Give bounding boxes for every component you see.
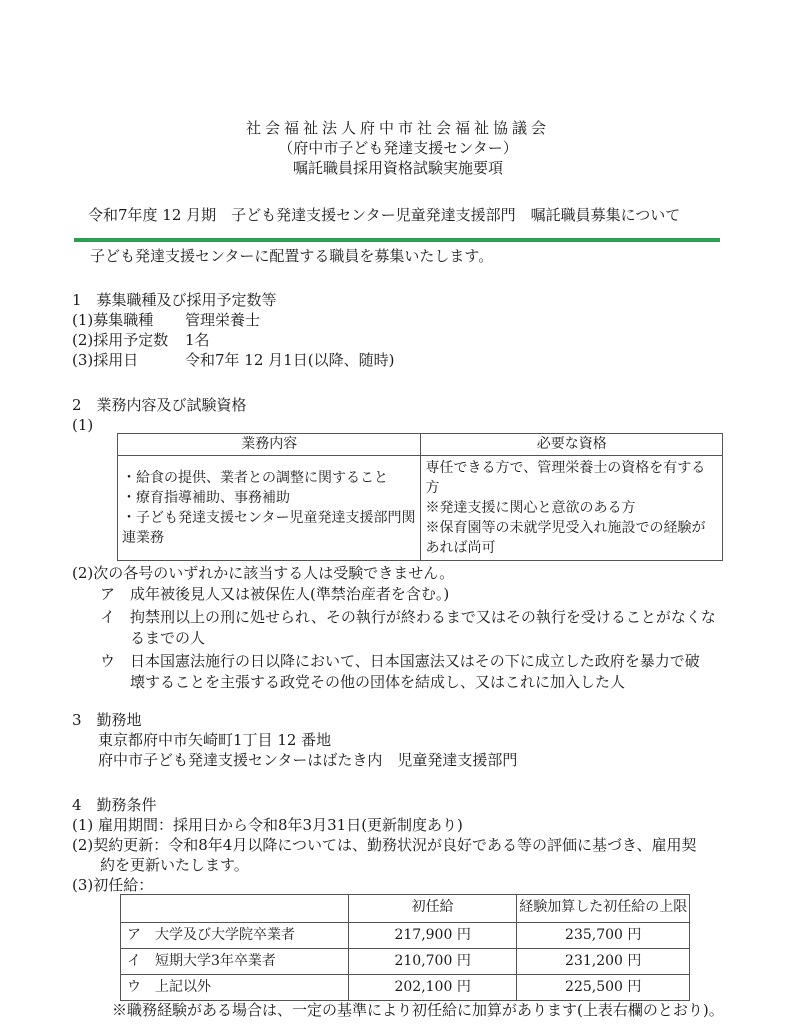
job-type-value: 管理栄養士 — [185, 310, 260, 330]
hire-date-label: (3)採用日 — [72, 350, 138, 370]
salary-row: ウ 上記以外 202,100 円 225,500 円 — [121, 975, 690, 1001]
duty-item: ・療育指導補助、事務補助 — [122, 488, 416, 508]
section2-sub1: (1) — [72, 415, 93, 435]
duty-item: ・子ども発達支援センター児童発達支援部門関連業務 — [122, 508, 416, 548]
salary-header-base: 初任給 — [348, 895, 517, 923]
job-type-label: (1)募集職種 — [72, 310, 153, 330]
section2-sub2: (2)次の各号のいずれかに該当する人は受験できません。 — [72, 563, 454, 583]
employment-period: (1) 雇用期間：採用日から令和8年3月31日(更新制度あり) — [72, 815, 463, 835]
qualification-item: 専任できる方で、管理栄養士の資格を有する方 — [425, 458, 718, 498]
salary-header-blank — [121, 895, 349, 923]
section2-heading: 2 業務内容及び試験資格 — [72, 395, 247, 415]
work-address: 東京都府中市矢崎町1丁目 12 番地 — [98, 730, 331, 750]
contract-renewal-cont: 約を更新いたします。 — [100, 855, 249, 875]
disqualification-text-cont: 壊することを主張する政党その他の団体を結成し、又はこれに加入した人 — [130, 672, 625, 692]
contract-renewal: (2)契約更新：令和8年4月以降については、勤務状況が良好である等の評価に基づき… — [72, 835, 696, 855]
salary-note: ※職務経験がある場合は、一定の基準により初任給に加算があります(上表右欄のとおり… — [112, 1000, 724, 1020]
section1-heading: 1 募集職種及び採用予定数等 — [72, 290, 277, 310]
salary-base: 202,100 円 — [348, 975, 517, 1001]
duty-qualification-table: 業務内容 必要な資格 ・給食の提供、業者との調整に関すること ・療育指導補助、事… — [117, 433, 723, 561]
salary-category: ア 大学及び大学院卒業者 — [121, 923, 349, 949]
disqualification-text-cont: るまでの人 — [130, 628, 205, 648]
disqualification-text: 成年被後見人又は被保佐人(準禁治産者を含む。) — [130, 584, 449, 604]
salary-base: 217,900 円 — [348, 923, 517, 949]
salary-row: イ 短期大学3年卒業者 210,700 円 231,200 円 — [121, 949, 690, 975]
headcount-label: (2)採用予定数 — [72, 330, 168, 350]
section3-heading: 3 勤務地 — [72, 710, 142, 730]
salary-base: 210,700 円 — [348, 949, 517, 975]
salary-label: (3)初任給： — [72, 875, 153, 895]
intro-text: 子ども発達支援センターに配置する職員を募集いたします。 — [90, 246, 493, 266]
disqualification-mark: イ — [100, 607, 115, 627]
center-name: （府中市子ども発達支援センター） — [0, 138, 796, 158]
qualification-cell: 専任できる方で、管理栄養士の資格を有する方 ※発達支援に関心と意欲のある方 ※保… — [421, 456, 723, 561]
qualification-item: ※保育園等の未就学児受入れ施設での経験があれば尚可 — [425, 518, 718, 558]
qualification-item: ※発達支援に関心と意欲のある方 — [425, 498, 718, 518]
disqualification-text: 拘禁刑以上の刑に処せられ、その執行が終わるまで又はその執行を受けることがなくな — [130, 607, 716, 627]
headcount-value: 1名 — [185, 330, 210, 350]
salary-category: ウ 上記以外 — [121, 975, 349, 1001]
organization-name: 社会福祉法人府中市社会福祉協議会 — [0, 118, 796, 138]
salary-row: ア 大学及び大学院卒業者 217,900 円 235,700 円 — [121, 923, 690, 949]
salary-category: イ 短期大学3年卒業者 — [121, 949, 349, 975]
salary-table: 初任給 経験加算した初任給の上限 ア 大学及び大学院卒業者 217,900 円 … — [120, 894, 690, 1001]
section4-heading: 4 勤務条件 — [72, 795, 157, 815]
disqualification-mark: ウ — [100, 651, 115, 671]
duty-item: ・給食の提供、業者との調整に関すること — [122, 468, 416, 488]
salary-header-max: 経験加算した初任給の上限 — [517, 895, 690, 923]
green-divider — [74, 238, 720, 242]
salary-max: 225,500 円 — [517, 975, 690, 1001]
duty-cell: ・給食の提供、業者との調整に関すること ・療育指導補助、事務補助 ・子ども発達支… — [118, 456, 421, 561]
qualification-header: 必要な資格 — [421, 434, 723, 456]
document-title: 嘱託職員採用資格試験実施要項 — [0, 158, 796, 178]
disqualification-text: 日本国憲法施行の日以降において、日本国憲法又はその下に成立した政府を暴力で破 — [130, 651, 700, 671]
duty-header: 業務内容 — [118, 434, 421, 456]
hire-date-value: 令和7年 12 月1日(以降、随時) — [185, 350, 394, 370]
recruitment-subject: 令和7年度 12 月期 子ども発達支援センター児童発達支援部門 嘱託職員募集につ… — [88, 205, 680, 225]
disqualification-mark: ア — [100, 584, 115, 604]
work-facility: 府中市子ども発達支援センターはばたき内 児童発達支援部門 — [98, 750, 517, 770]
salary-max: 231,200 円 — [517, 949, 690, 975]
salary-max: 235,700 円 — [517, 923, 690, 949]
